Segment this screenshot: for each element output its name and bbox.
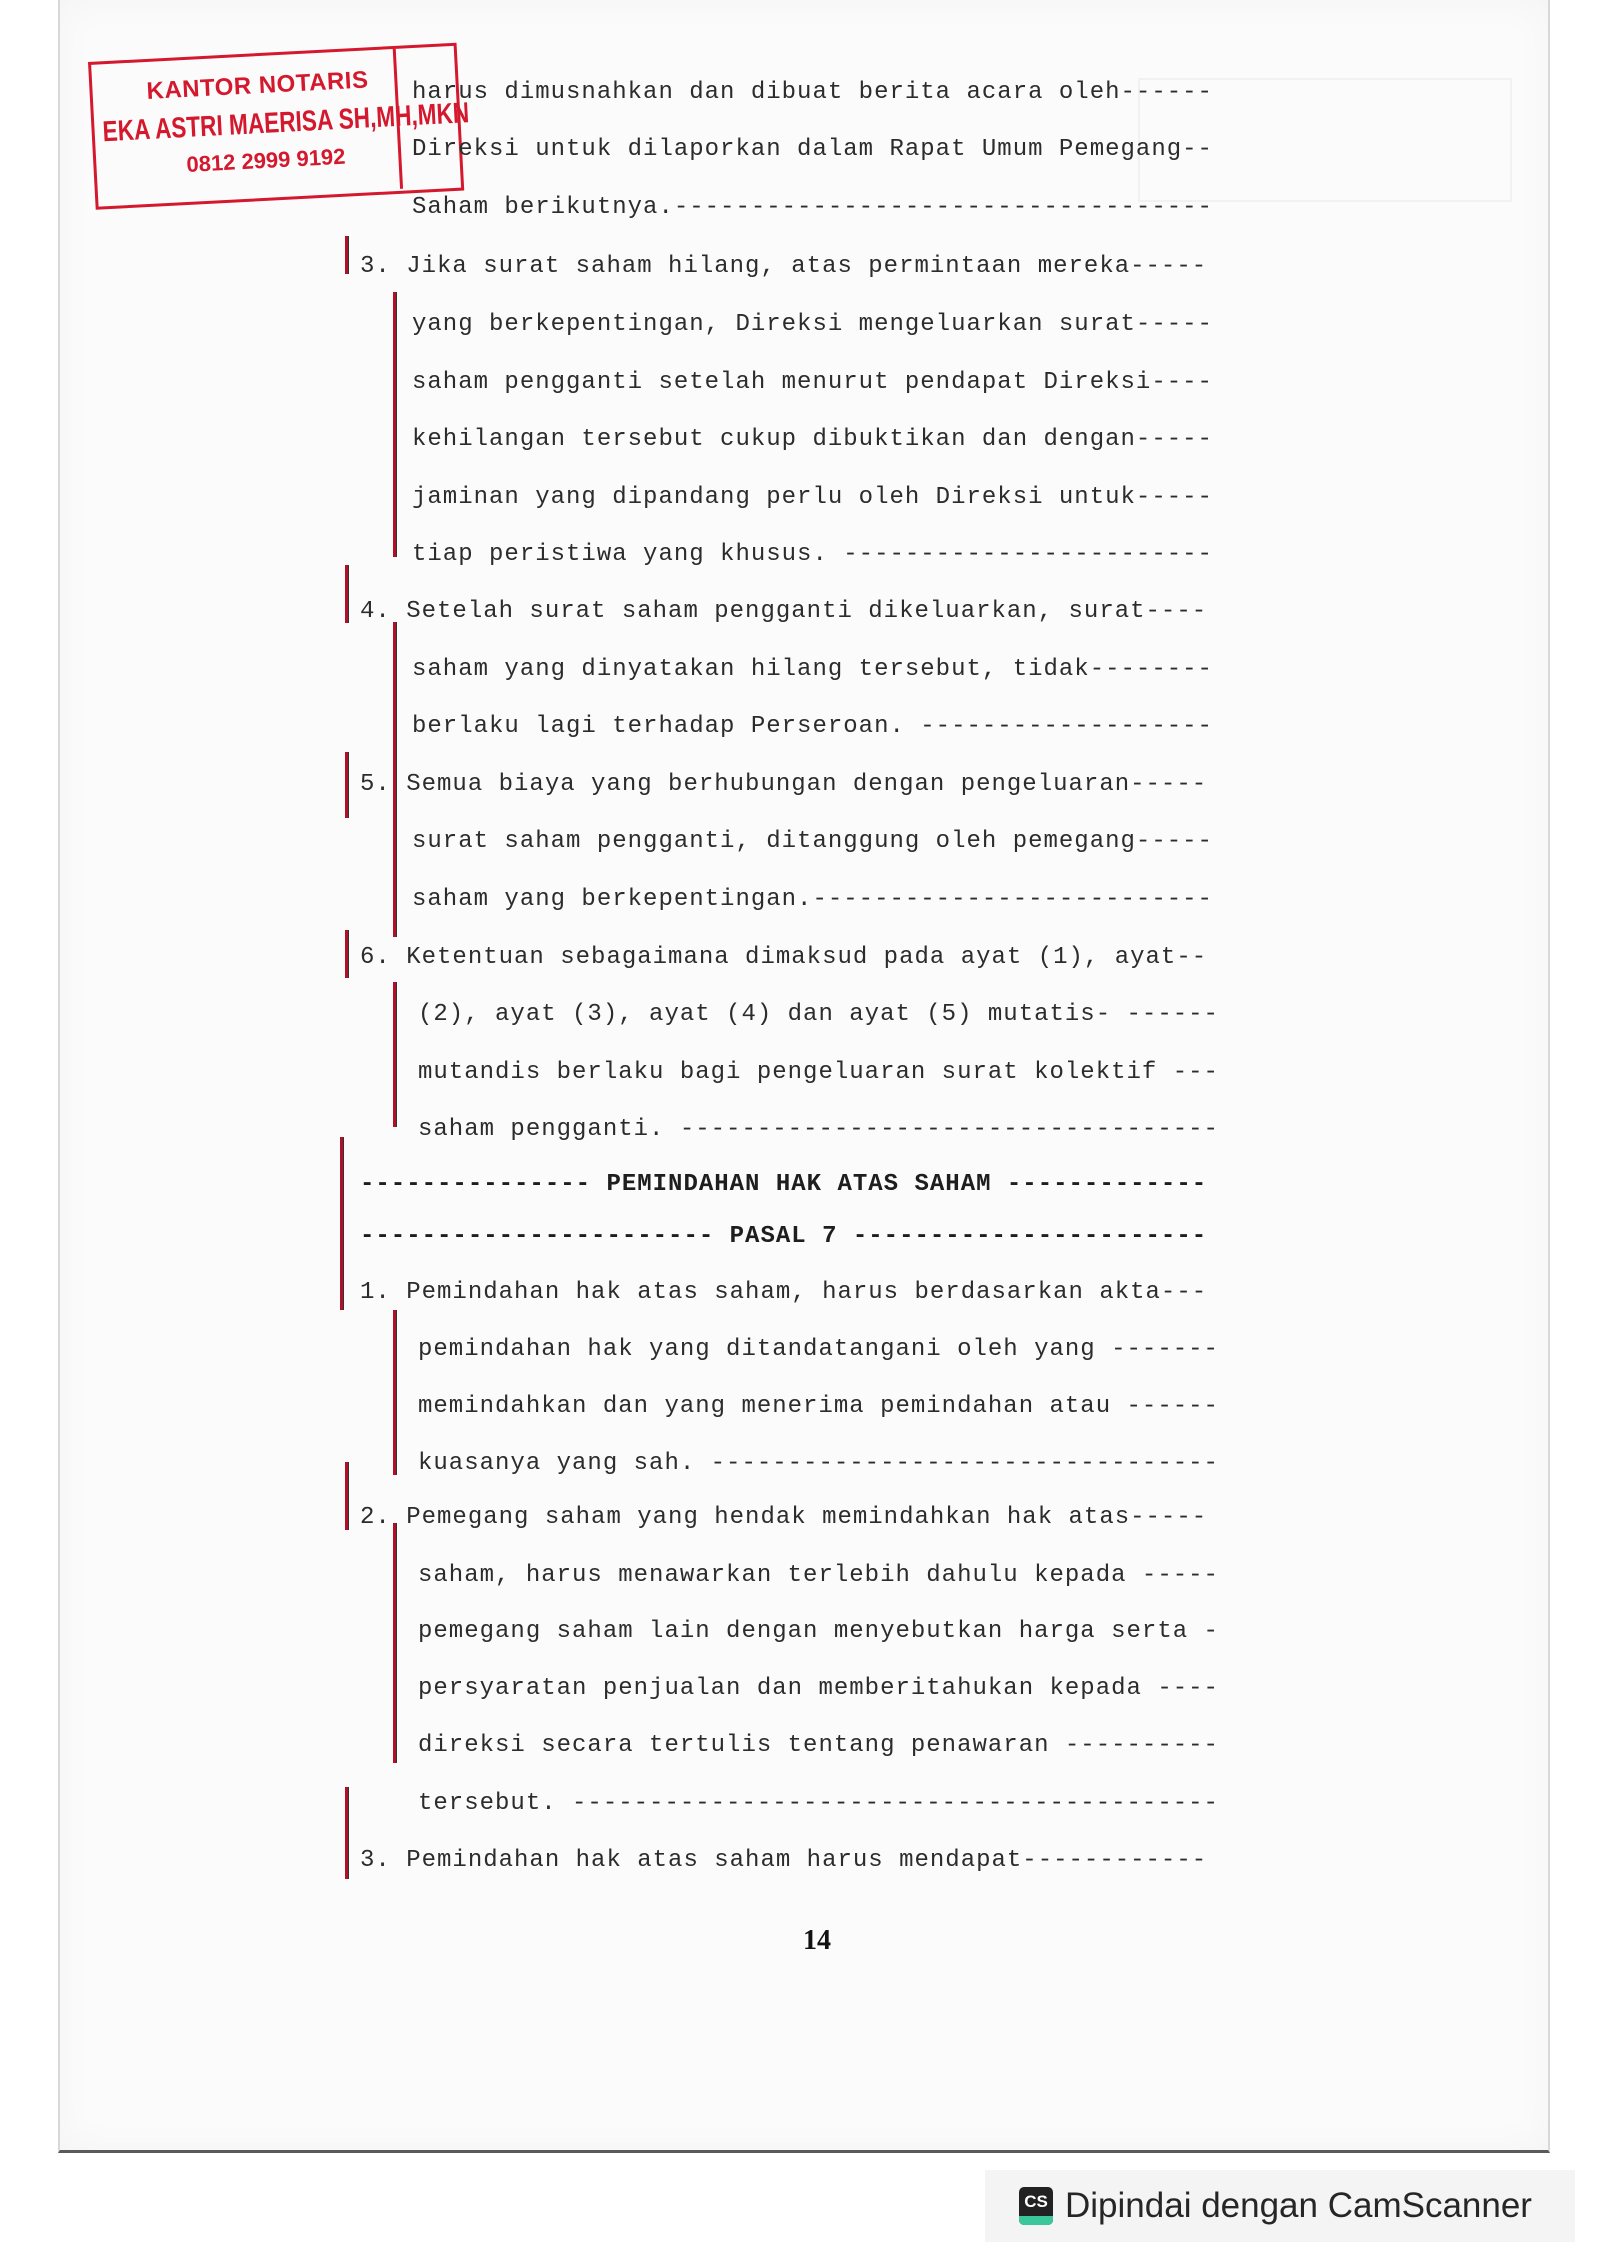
article-heading: ----------------------- PASAL 7 --------… <box>360 1222 1207 1252</box>
document-line: saham, harus menawarkan terlebih dahulu … <box>418 1561 1219 1591</box>
margin-marker-line <box>393 292 397 557</box>
margin-marker-line <box>393 1310 397 1475</box>
page-number: 14 <box>803 1925 831 1957</box>
watermark-text: Dipindai dengan CamScanner <box>1065 2186 1532 2226</box>
margin-marker-line <box>393 982 397 1127</box>
document-line: harus dimusnahkan dan dibuat berita acar… <box>412 78 1213 108</box>
document-line: saham yang berkepentingan.--------------… <box>412 885 1213 915</box>
notary-stamp: KANTOR NOTARIS EKA ASTRI MAERISA SH,MH,M… <box>88 43 464 210</box>
document-line: kuasanya yang sah. ---------------------… <box>418 1449 1219 1479</box>
document-line: tersebut. ------------------------------… <box>418 1789 1219 1819</box>
document-line: saham pengganti setelah menurut pendapat… <box>412 368 1213 398</box>
document-line: 1. Pemindahan hak atas saham, harus berd… <box>360 1278 1207 1308</box>
document-line: saham pengganti. -----------------------… <box>418 1115 1219 1145</box>
document-line: yang berkepentingan, Direksi mengeluarka… <box>412 310 1213 340</box>
document-line: pemindahan hak yang ditandatangani oleh … <box>418 1335 1219 1365</box>
document-line: persyaratan penjualan dan memberitahukan… <box>418 1674 1219 1704</box>
document-line: Direksi untuk dilaporkan dalam Rapat Umu… <box>412 135 1213 165</box>
margin-marker-line <box>393 1523 397 1763</box>
document-line: 3. Jika surat saham hilang, atas permint… <box>360 252 1207 282</box>
document-line: (2), ayat (3), ayat (4) dan ayat (5) mut… <box>418 1000 1219 1030</box>
document-line: jaminan yang dipandang perlu oleh Direks… <box>412 483 1213 513</box>
document-line: 5. Semua biaya yang berhubungan dengan p… <box>360 770 1207 800</box>
document-line: 2. Pemegang saham yang hendak memindahka… <box>360 1503 1207 1533</box>
margin-marker-line <box>345 752 349 818</box>
stamp-phone: 0812 2999 9192 <box>186 144 346 178</box>
document-line: 6. Ketentuan sebagaimana dimaksud pada a… <box>360 943 1207 973</box>
document-line: saham yang dinyatakan hilang tersebut, t… <box>412 655 1213 685</box>
document-line: direksi secara tertulis tentang penawara… <box>418 1731 1219 1761</box>
document-line: 3. Pemindahan hak atas saham harus menda… <box>360 1846 1207 1876</box>
section-heading: --------------- PEMINDAHAN HAK ATAS SAHA… <box>360 1170 1207 1200</box>
margin-marker-line <box>393 622 397 937</box>
document-line: berlaku lagi terhadap Perseroan. -------… <box>412 712 1213 742</box>
document-line: tiap peristiwa yang khusus. ------------… <box>412 540 1213 570</box>
stamp-office-label: KANTOR NOTARIS <box>146 66 369 106</box>
margin-marker-line <box>340 1137 344 1310</box>
margin-marker-line <box>345 1787 349 1879</box>
camscanner-logo-icon: CS <box>1019 2187 1053 2225</box>
margin-marker-line <box>345 236 349 274</box>
document-line: mutandis berlaku bagi pengeluaran surat … <box>418 1058 1219 1088</box>
margin-marker-line <box>345 565 349 623</box>
document-line: surat saham pengganti, ditanggung oleh p… <box>412 827 1213 857</box>
document-line: 4. Setelah surat saham pengganti dikelua… <box>360 597 1207 627</box>
camscanner-watermark: CS Dipindai dengan CamScanner <box>985 2170 1575 2242</box>
document-line: memindahkan dan yang menerima pemindahan… <box>418 1392 1219 1422</box>
margin-marker-line <box>345 930 349 978</box>
document-line: pemegang saham lain dengan menyebutkan h… <box>418 1617 1219 1647</box>
margin-marker-line <box>345 1462 349 1530</box>
document-line: Saham berikutnya.-----------------------… <box>412 193 1213 223</box>
document-line: kehilangan tersebut cukup dibuktikan dan… <box>412 425 1213 455</box>
